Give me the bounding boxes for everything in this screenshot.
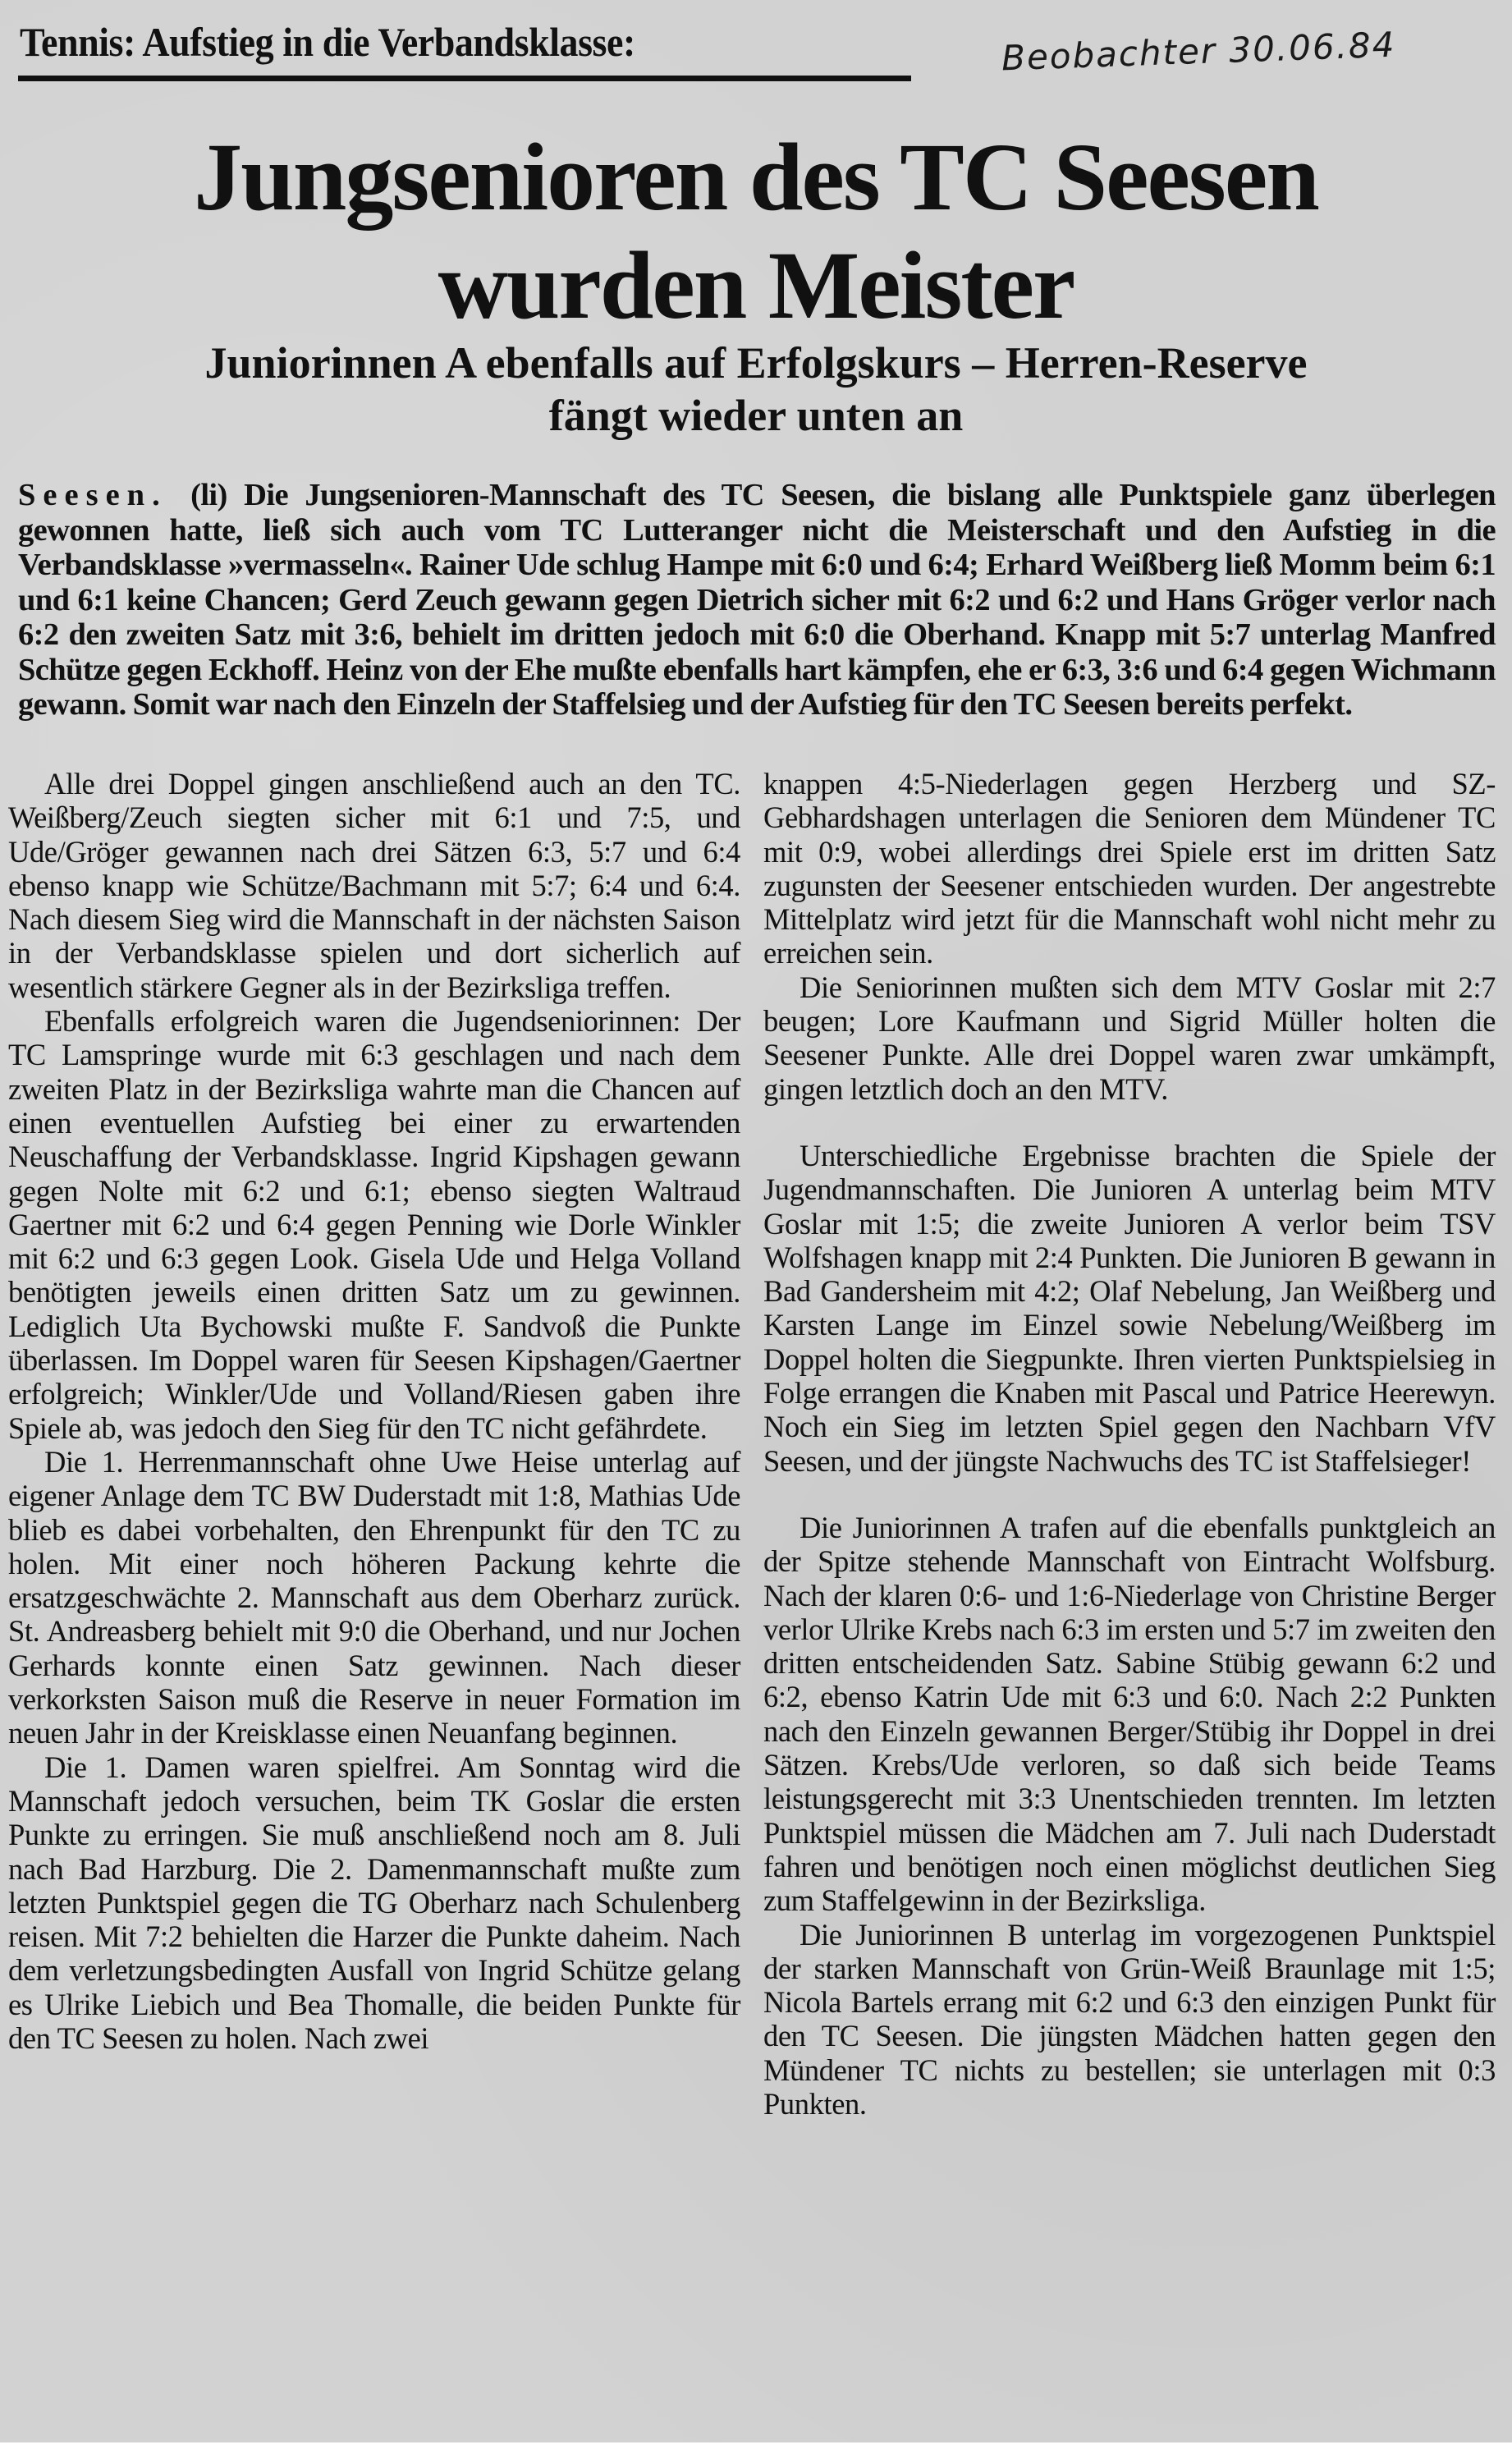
right-column: knappen 4:5-Niederlagen gegen Herzberg u… — [763, 767, 1496, 2121]
headline-line-1: Jungsenioren des TC Seesen — [0, 123, 1512, 232]
subheadline-line-1: Juniorinnen A ebenfalls auf Erfolgskurs … — [0, 337, 1512, 389]
body-paragraph: Ebenfalls erfolgreich waren die Jugendse… — [8, 1004, 740, 1445]
body-paragraph: Die 1. Damen waren spielfrei. Am Sonntag… — [8, 1750, 740, 2056]
lead-text: Die Jungsenioren-Mannschaft des TC Seese… — [18, 478, 1496, 722]
byline: (li) — [190, 478, 227, 512]
body-paragraph: Die 1. Herrenmannschaft ohne Uwe Heise u… — [8, 1445, 740, 1750]
body-paragraph: Die Seniorinnen mußten sich dem MTV Gosl… — [763, 970, 1496, 1106]
torn-edge — [0, 2442, 1512, 2463]
body-paragraph: knappen 4:5-Niederlagen gegen Herzberg u… — [763, 767, 1496, 970]
dateline: Seesen. — [18, 478, 167, 512]
subheadline: Juniorinnen A ebenfalls auf Erfolgskurs … — [0, 337, 1512, 442]
newspaper-clipping: Tennis: Aufstieg in die Verbandsklasse: … — [0, 0, 1512, 2448]
body-paragraph: Unterschiedliche Ergebnisse brachten die… — [763, 1139, 1496, 1478]
kicker-heading: Tennis: Aufstieg in die Verbandsklasse: — [20, 18, 635, 66]
left-column: Alle drei Doppel gingen anschließend auc… — [8, 767, 740, 2055]
subheadline-line-2: fängt wieder unten an — [0, 389, 1512, 442]
kicker-underline — [18, 76, 911, 81]
headline: Jungsenioren des TC Seesen wurden Meiste… — [0, 123, 1512, 340]
body-paragraph: Alle drei Doppel gingen anschließend auc… — [8, 767, 740, 1004]
handwritten-note: Beobachter 30.06.84 — [1001, 25, 1396, 79]
body-paragraph: Die Juniorinnen B unterlag im vorgezogen… — [763, 1918, 1496, 2121]
headline-line-2: wurden Meister — [0, 232, 1512, 340]
lead-paragraph: Seesen. (li) Die Jungsenioren-Mannschaft… — [18, 478, 1496, 722]
body-paragraph: Die Juniorinnen A trafen auf die ebenfal… — [763, 1511, 1496, 1918]
